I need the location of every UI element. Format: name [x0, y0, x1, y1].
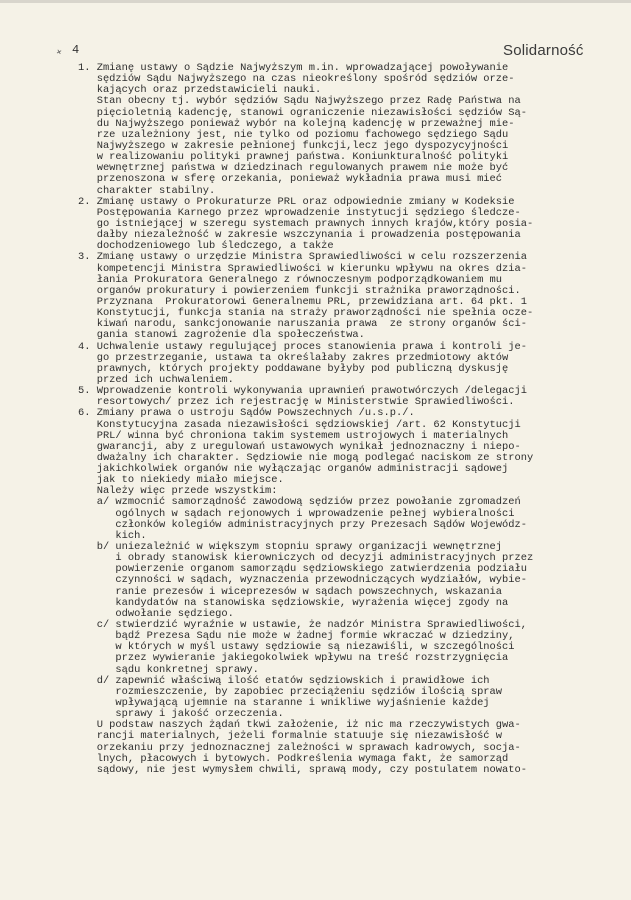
text-line: członków kolegiów administracyjnych przy… [78, 520, 628, 531]
text-line: a/ wzmocnić samorządność zawodową sędzió… [78, 497, 628, 508]
text-line: kompetencji Ministra Sprawiedliwości w k… [78, 264, 628, 275]
text-line: czynności w sądach, wyznaczenia przewodn… [78, 575, 628, 586]
page-number: 4 [72, 43, 79, 57]
text-line: rancji materialnych, jeżeli formalnie st… [78, 731, 628, 742]
text-line: przez wywieranie jakiegokolwiek wpływu n… [78, 653, 628, 664]
text-line: Konstytucyjna zasada niezawisłości sędzi… [78, 420, 628, 431]
text-line: gania stanowi zagrożenie dla społeczeńst… [78, 330, 628, 341]
scanned-document-page: + 4 Solidarność 1. Zmianę ustawy o Sądzi… [0, 0, 631, 900]
text-line: Stan obecny tj. wybór sędziów Sądu Najwy… [78, 96, 628, 107]
publication-name: Solidarność [503, 42, 584, 59]
text-line: przenoszona w sferę orzekania, ponieważ … [78, 174, 628, 185]
text-line: 3. Zmianę ustawy o urzędzie Ministra Spr… [78, 252, 628, 263]
document-body: 1. Zmianę ustawy o Sądzie Najwyższym m.i… [78, 63, 628, 776]
text-line: 6. Zmiany prawa o ustroju Sądów Powszech… [78, 408, 628, 419]
text-line: sądowy, nie jest wymysłem chwili, sprawą… [78, 765, 628, 776]
margin-mark: + [55, 47, 66, 60]
text-line: 4. Uchwalenie ustawy regulującej proces … [78, 342, 628, 353]
